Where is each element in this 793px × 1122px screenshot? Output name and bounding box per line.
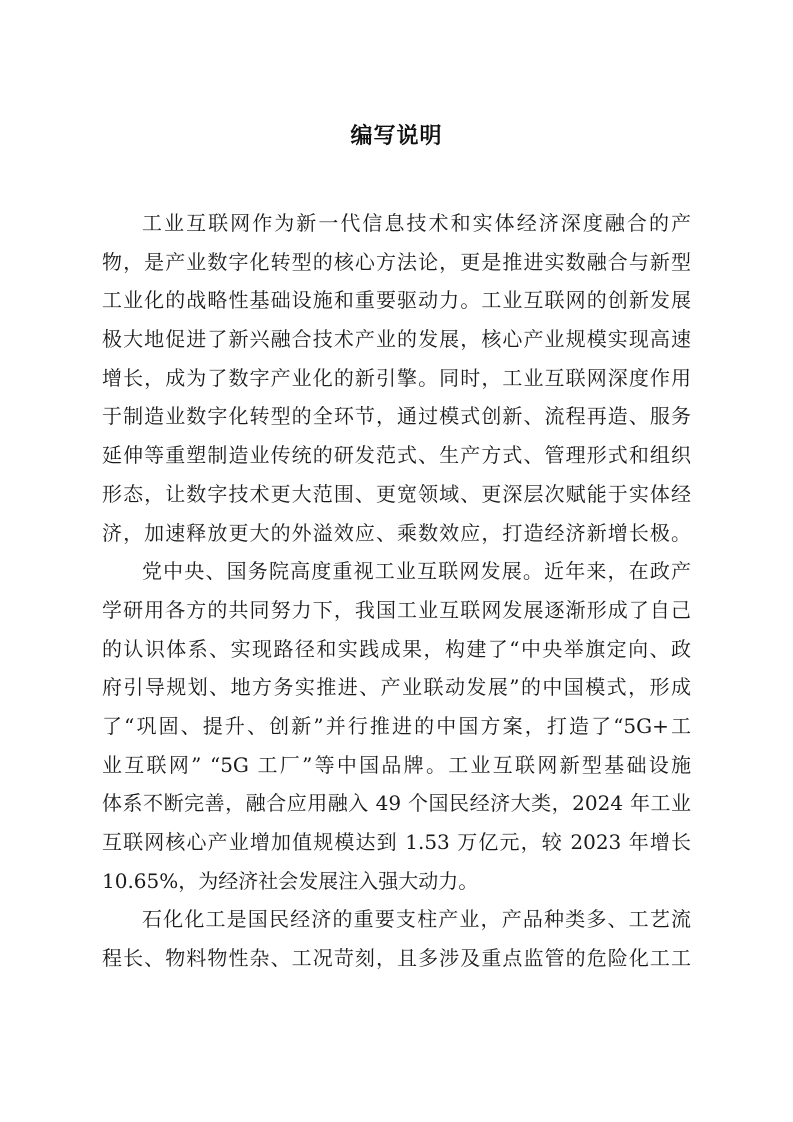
text-line: 程长、物料物性杂、工况苛刻，且多涉及重点监管的危险化工工 (102, 939, 691, 978)
text-line: 工业化的战略性基础设施和重要驱动力。工业互联网的创新发展 (102, 281, 691, 320)
text-line: 党中央、国务院高度重视工业互联网发展。近年来，在政产 (102, 552, 691, 591)
text-line: 业互联网” “5G 工厂”等中国品牌。工业互联网新型基础设施 (102, 746, 691, 785)
text-line: 济，加速释放更大的外溢效应、乘数效应，打造经济新增长极。 (102, 514, 691, 553)
text-line: 形态，让数字技术更大范围、更宽领域、更深层次赋能于实体经 (102, 475, 691, 514)
text-line: 工业互联网作为新一代信息技术和实体经济深度融合的产 (102, 204, 691, 243)
text-line: 互联网核心产业增加值规模达到 1.53 万亿元，较 2023 年增长 (102, 823, 691, 862)
document-page: 编写说明 工业互联网作为新一代信息技术和实体经济深度融合的产 物，是产业数字化转… (0, 0, 793, 1122)
text-line: 学研用各方的共同努力下，我国工业互联网发展逐渐形成了自己 (102, 591, 691, 630)
text-line: 体系不断完善，融合应用融入 49 个国民经济大类，2024 年工业 (102, 784, 691, 823)
text-line: 石化化工是国民经济的重要支柱产业，产品种类多、工艺流 (102, 900, 691, 939)
text-line: 于制造业数字化转型的全环节，通过模式创新、流程再造、服务 (102, 397, 691, 436)
text-line: 物，是产业数字化转型的核心方法论，更是推进实数融合与新型 (102, 243, 691, 282)
text-line: 增长，成为了数字产业化的新引擎。同时，工业互联网深度作用 (102, 359, 691, 398)
text-line: 极大地促进了新兴融合技术产业的发展，核心产业规模实现高速 (102, 320, 691, 359)
paragraph-petrochemical-industry: 石化化工是国民经济的重要支柱产业，产品种类多、工艺流 程长、物料物性杂、工况苛刻… (102, 900, 691, 977)
paragraph-industrial-internet-intro: 工业互联网作为新一代信息技术和实体经济深度融合的产 物，是产业数字化转型的核心方… (102, 204, 691, 552)
page-title: 编写说明 (0, 120, 793, 154)
text-line: 10.65%，为经济社会发展注入强大动力。 (102, 862, 691, 901)
paragraph-policy-development: 党中央、国务院高度重视工业互联网发展。近年来，在政产 学研用各方的共同努力下，我… (102, 552, 691, 900)
text-line: 的认识体系、实现路径和实践成果，构建了“中央举旗定向、政 (102, 630, 691, 669)
text-line: 了“巩固、提升、创新”并行推进的中国方案，打造了“5G+工 (102, 707, 691, 746)
text-line: 延伸等重塑制造业传统的研发范式、生产方式、管理形式和组织 (102, 436, 691, 475)
text-line: 府引导规划、地方务实推进、产业联动发展”的中国模式，形成 (102, 668, 691, 707)
document-body: 工业互联网作为新一代信息技术和实体经济深度融合的产 物，是产业数字化转型的核心方… (102, 204, 691, 978)
